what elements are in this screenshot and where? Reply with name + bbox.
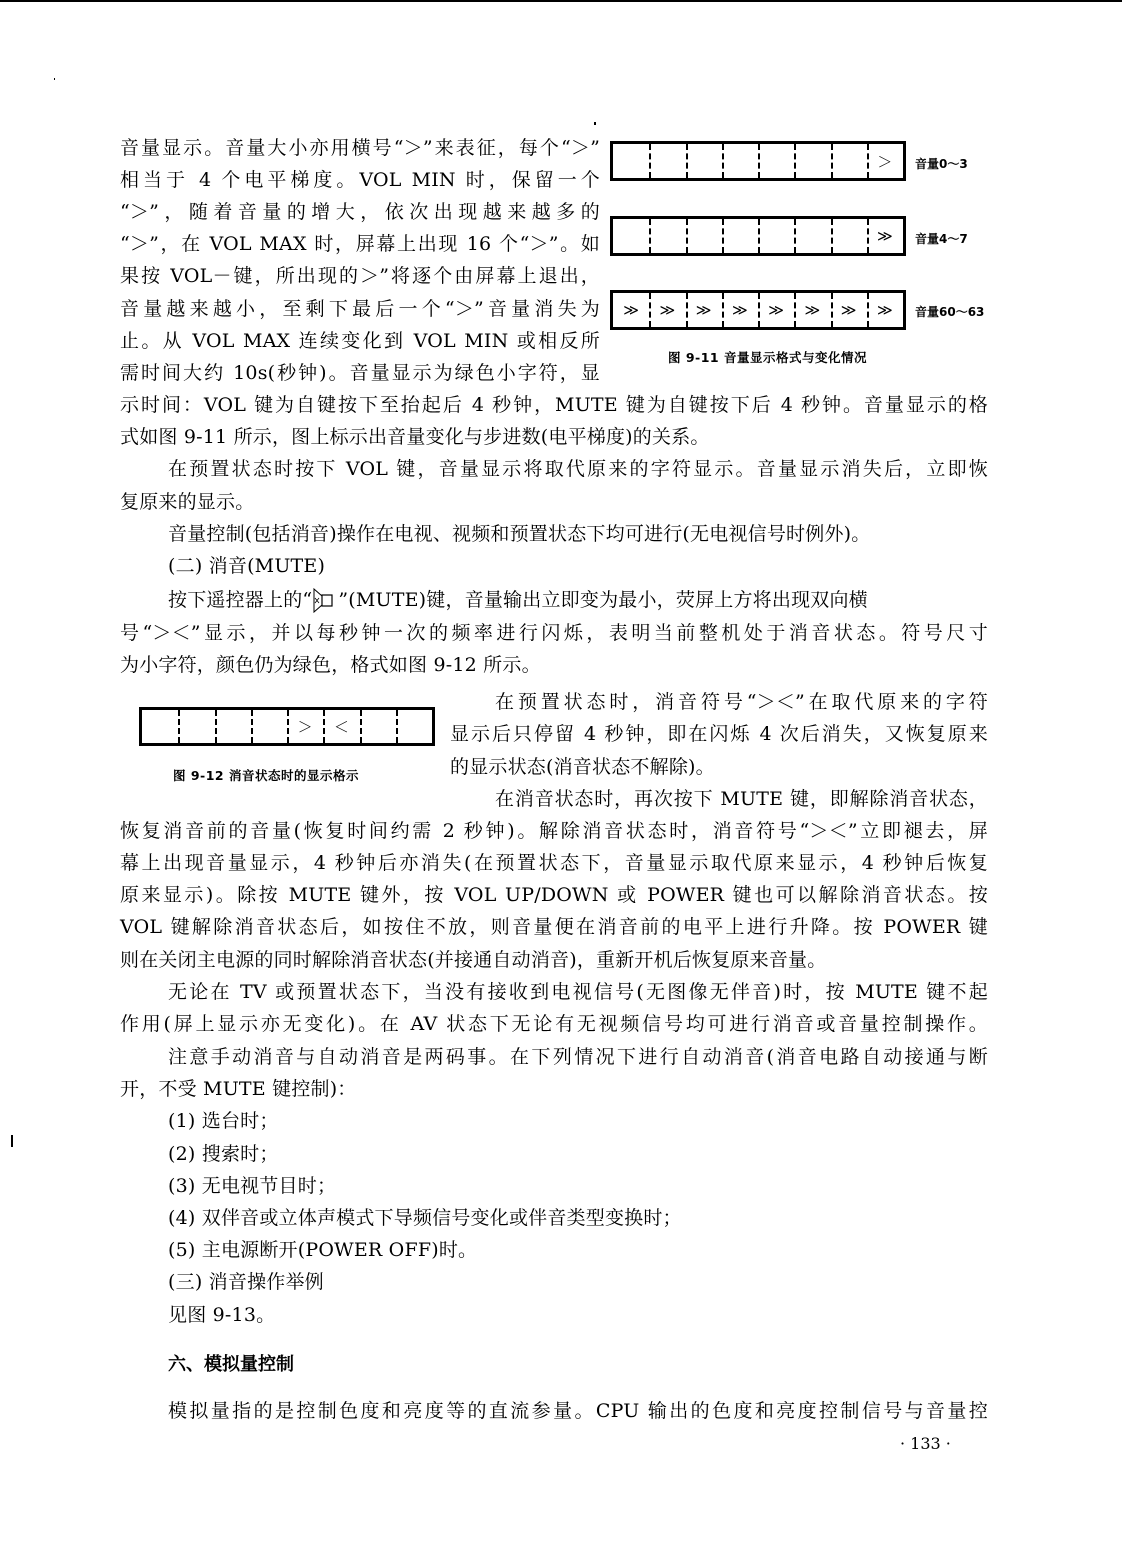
- text-line: 果按 VOL－键，所出现的＞”将逐个由屏幕上退出，: [120, 263, 600, 289]
- figure-caption: 图 9-12 消音状态时的显示格示: [173, 766, 359, 784]
- list-item: (2) 搜索时；: [168, 1141, 279, 1167]
- list-item: (5) 主电源断开(POWER OFF)时。: [168, 1237, 477, 1263]
- mute-display-box: ＞ ＜: [139, 707, 435, 746]
- display-cell: ≫: [686, 293, 722, 327]
- page-number: · 133 ·: [900, 1434, 951, 1453]
- text-line: 复原来的显示。: [120, 489, 254, 515]
- display-cell: [794, 219, 830, 253]
- text-line: 相当于 4 个电平梯度。VOL MIN 时，保留一个: [120, 167, 600, 193]
- text-line: 幕上出现音量显示，4 秒钟后亦消失(在预置状态下，音量显示取代原来显示，4 秒钟…: [120, 850, 988, 876]
- display-cell: ≫: [649, 293, 685, 327]
- display-cell: ≫: [831, 293, 867, 327]
- volume-label: 音量60～63: [915, 303, 984, 320]
- display-cell: [360, 710, 396, 743]
- text-line: 止。从 VOL MAX 连续变化到 VOL MIN 或相反所: [120, 328, 600, 354]
- text-line: 则在关闭主电源的同时解除消音状态(并接通自动消音)，重新开机后恢复原来音量。: [120, 947, 826, 973]
- display-cell: [649, 144, 685, 178]
- text-line: 号“＞＜”显示，并以每秒钟一次的频率进行闪烁，表明当前整机处于消音状态。符号尺寸: [120, 620, 988, 646]
- text-line: 为小字符，颜色仍为绿色，格式如图 9-12 所示。: [120, 652, 541, 678]
- display-cell: [613, 144, 649, 178]
- display-cell: ≫: [613, 293, 649, 327]
- text-line: 显示后只停留 4 秒钟，即在闪烁 4 次后消失，又恢复原来: [450, 721, 988, 747]
- display-cell: [831, 219, 867, 253]
- text-line: “＞”，随着音量的增大，依次出现越来越多的: [120, 199, 600, 225]
- subsection-heading: (三) 消音操作举例: [168, 1269, 324, 1295]
- volume-label: 音量0～3: [915, 155, 968, 172]
- text-segment: ”(MUTE)键，音量输出立即变为最小，荧屏上方将出现双向横: [338, 587, 868, 613]
- volume-display-box-4-7: ≫: [610, 216, 906, 256]
- scan-top-border: [0, 0, 1122, 2]
- subsection-heading: (二) 消音(MUTE): [168, 553, 325, 579]
- display-cell: ≫: [867, 219, 903, 253]
- text-line: 见图 9-13。: [168, 1302, 275, 1328]
- display-cell: [758, 219, 794, 253]
- display-cell: [649, 219, 685, 253]
- display-cell: ＞: [287, 710, 323, 743]
- list-item: (4) 双伴音或立体声模式下导频信号变化或伴音类型变换时；: [168, 1205, 682, 1231]
- display-cell: [396, 710, 432, 743]
- display-cell: [215, 710, 251, 743]
- scan-speck: [11, 1135, 13, 1147]
- text-line: 模拟量指的是控制色度和亮度等的直流参量。CPU 输出的色度和亮度控制信号与音量控: [168, 1398, 988, 1424]
- text-line: 在消音状态时，再次按下 MUTE 键，即解除消音状态，: [495, 786, 988, 812]
- text-line: 恢复消音前的音量(恢复时间约需 2 秒钟)。解除消音状态时，消音符号“＞＜”立即…: [120, 818, 988, 844]
- figure-caption: 图 9-11 音量显示格式与变化情况: [668, 348, 867, 366]
- display-cell: [142, 710, 178, 743]
- text-line: 无论在 TV 或预置状态下，当没有接收到电视信号(无图像无伴音)时，按 MUTE…: [168, 979, 988, 1005]
- volume-display-box-0-3: ＞: [610, 141, 906, 181]
- text-line: 原来显示)。除按 MUTE 键外，按 VOL UP/DOWN 或 POWER 键…: [120, 882, 988, 908]
- display-cell: [251, 710, 287, 743]
- display-cell: [613, 219, 649, 253]
- list-item: (3) 无电视节目时；: [168, 1173, 336, 1199]
- text-line: 音量控制(包括消音)操作在电视、视频和预置状态下均可进行(无电视信号时例外)。: [168, 521, 870, 547]
- text-line: 按下遥控器上的“ ”(MUTE)键，音量输出立即变为最小，荧屏上方将出现双向横: [168, 587, 988, 613]
- text-line: 在预置状态时，消音符号“＞＜”在取代原来的字符: [495, 689, 988, 715]
- text-line: 在预置状态时按下 VOL 键，音量显示将取代原来的字符显示。音量显示消失后，立即…: [168, 456, 988, 482]
- display-cell: [686, 144, 722, 178]
- display-cell: [722, 144, 758, 178]
- text-line: 的显示状态(消音状态不解除)。: [450, 754, 715, 780]
- display-cell: [794, 144, 830, 178]
- display-cell: [178, 710, 214, 743]
- text-line: “＞”，在 VOL MAX 时，屏幕上出现 16 个“＞”。如: [120, 231, 600, 257]
- display-cell: [831, 144, 867, 178]
- display-cell: [758, 144, 794, 178]
- text-segment: 按下遥控器上的“: [168, 587, 312, 613]
- text-line: VOL 键解除消音状态后，如按住不放，则音量便在消音前的电平上进行升降。按 PO…: [120, 914, 988, 940]
- mute-speaker-icon: [312, 587, 338, 613]
- display-cell: ≫: [722, 293, 758, 327]
- display-cell: ≫: [867, 293, 903, 327]
- text-line: 音量越来越小，至剩下最后一个“＞”音量消失为: [120, 296, 600, 322]
- display-cell: ＞: [867, 144, 903, 178]
- section-heading: 六、模拟量控制: [168, 1350, 294, 1376]
- display-cell: ≫: [758, 293, 794, 327]
- text-line: 注意手动消音与自动消音是两码事。在下列情况下进行自动消音(消音电路自动接通与断: [168, 1044, 988, 1070]
- text-line: 式如图 9-11 所示，图上标示出音量变化与步进数(电平梯度)的关系。: [120, 424, 710, 450]
- scan-speck: [594, 122, 596, 125]
- list-item: (1) 选台时；: [168, 1108, 279, 1134]
- volume-label: 音量4～7: [915, 230, 968, 247]
- display-cell: [722, 219, 758, 253]
- text-line: 作用(屏上显示亦无变化)。在 AV 状态下无论有无视频信号均可进行消音或音量控制…: [120, 1011, 988, 1037]
- text-line: 开，不受 MUTE 键控制)：: [120, 1076, 357, 1102]
- display-cell: ＜: [323, 710, 359, 743]
- volume-display-box-60-63: ≫ ≫ ≫ ≫ ≫ ≫ ≫ ≫: [610, 290, 906, 330]
- scan-speck: [54, 78, 55, 80]
- text-line: 示时间：VOL 键为自键按下至抬起后 4 秒钟，MUTE 键为自键按下后 4 秒…: [120, 392, 988, 418]
- text-line: 需时间大约 10s(秒钟)。音量显示为绿色小字符，显: [120, 360, 600, 386]
- text-line: 音量显示。音量大小亦用横号“＞”来表征，每个“＞”: [120, 135, 600, 161]
- display-cell: [686, 219, 722, 253]
- display-cell: ≫: [794, 293, 830, 327]
